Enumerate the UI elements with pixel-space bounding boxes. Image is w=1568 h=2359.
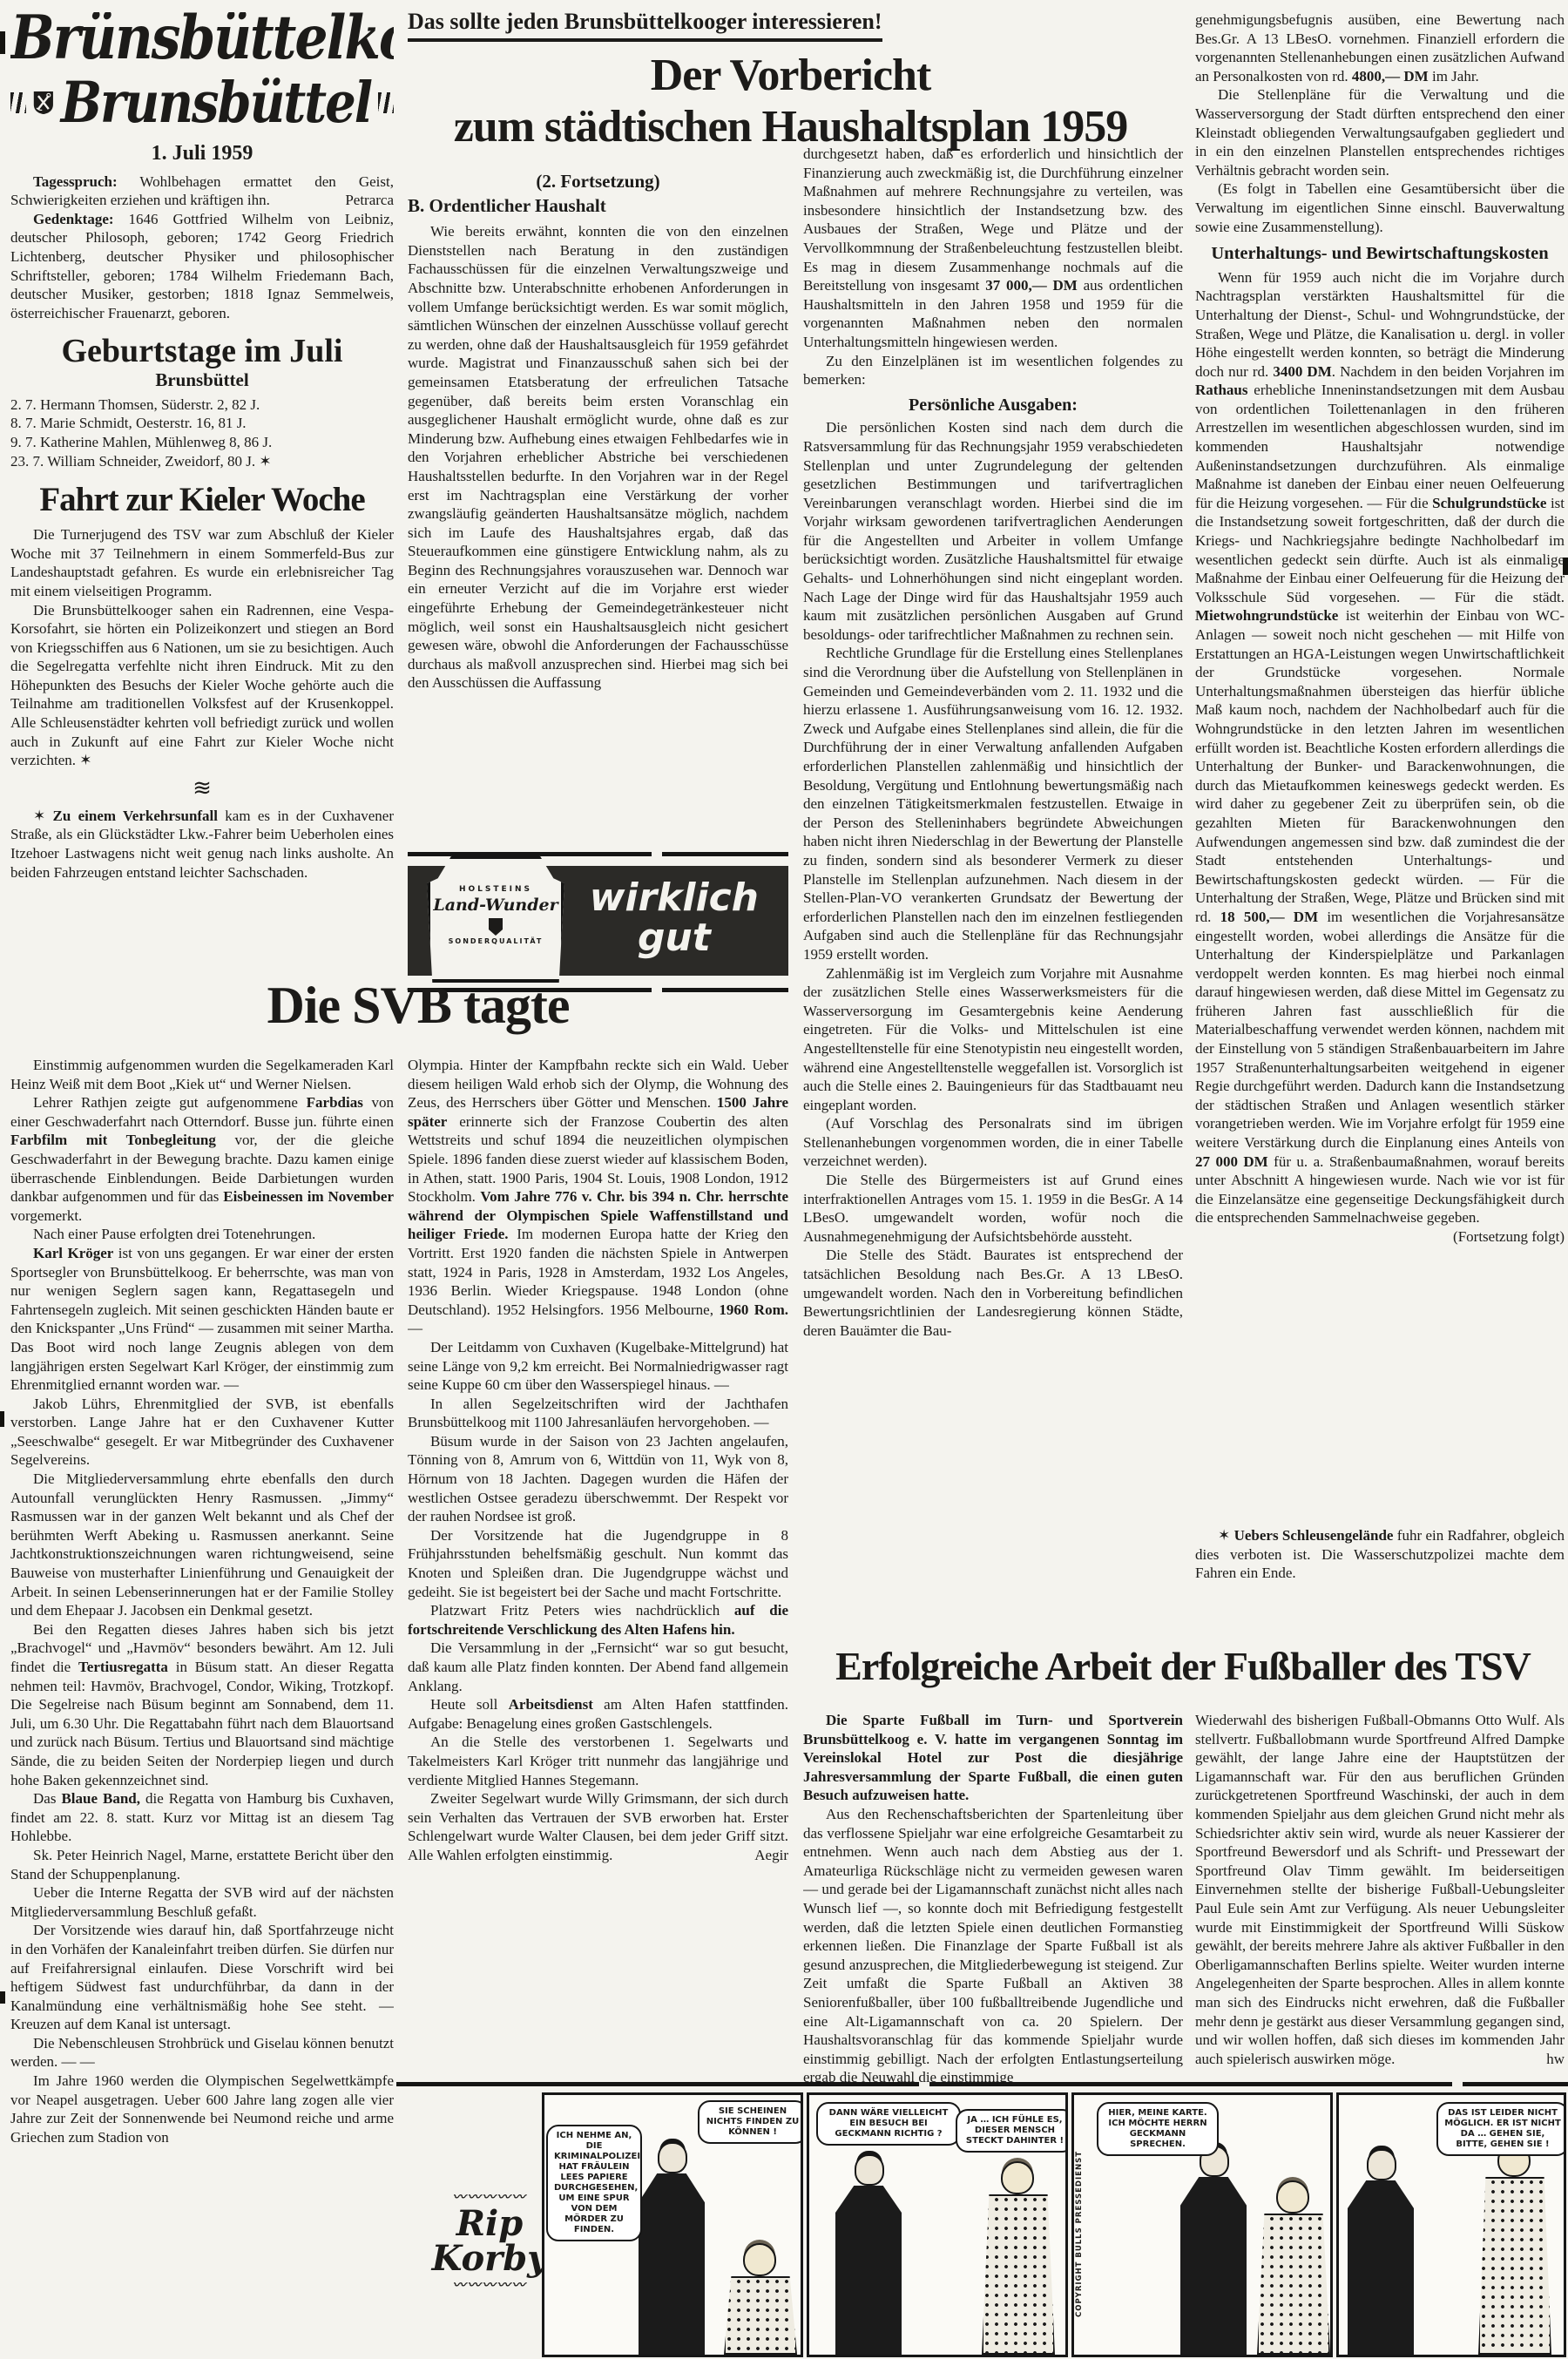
paragraph: Das Blaue Band, die Regatta von Hamburg … — [10, 1789, 394, 1846]
paragraph: Karl Kröger ist von uns gegangen. Er war… — [10, 1244, 394, 1395]
paragraph: Die Stelle des Städt. Baurates ist entsp… — [803, 1246, 1183, 1340]
masthead-title-line1: Brünsbüttelkoog — [10, 12, 394, 69]
paragraph: In allen Segelzeitschriften wird der Jac… — [408, 1395, 788, 1432]
woman-figure-icon — [980, 2161, 1053, 2355]
paragraph: Zahlenmäßig ist im Vergleich zum Vorjahr… — [803, 964, 1183, 1115]
comic-copyright: COPYRIGHT BULLS PRESSEDIENST — [1075, 2151, 1084, 2317]
man-figure-icon — [1177, 2146, 1250, 2355]
paragraph: ✶ Zu einem Verkehrsunfall kam es in der … — [10, 807, 394, 882]
kieler-woche-paragraphs: Die Turnerjugend des TSV war zum Abschlu… — [10, 525, 394, 770]
paragraph: Die Stelle des Bürgermeisters ist auf Gr… — [803, 1171, 1183, 1246]
svb-col2-paragraphs: Olympia. Hinter der Kampfbahn reckte sic… — [408, 1056, 788, 1865]
woman-figure-icon — [1477, 2144, 1550, 2355]
continuation-note: (2. Fortsetzung) — [408, 172, 788, 192]
paragraph: Die Stellenpläne für die Verwaltung und … — [1195, 85, 1565, 179]
column-1-top: Brünsbüttelkoog Brunsbüttel 1. Juli 1959… — [10, 12, 394, 969]
paragraph: Ueber die Interne Regatta der SVB wird a… — [10, 1883, 394, 1921]
svb-headline: Die SVB tagte — [113, 976, 723, 1036]
haushalt-column-3: genehmigungsbefugnis ausüben, eine Bewer… — [1195, 10, 1565, 1517]
paragraph: Heute soll Arbeitsdienst am Alten Hafen … — [408, 1695, 788, 1733]
comic-panel-4: DAS IST LEIDER NICHT MÖGLICH. ER IST NIC… — [1336, 2092, 1566, 2357]
signature: Aegir — [732, 1846, 788, 1865]
crest-icon — [33, 73, 54, 132]
woman-figure-icon — [1255, 2180, 1328, 2355]
woman-figure-icon — [722, 2243, 795, 2355]
paragraph: Büsum wurde in der Saison von 23 Jachten… — [408, 1432, 788, 1526]
paragraph: Tagesspruch: Wohlbehagen ermattet den Ge… — [10, 172, 394, 210]
speech-bubble: DANN WÄRE VIELLEICHT EIN BESUCH BEI GECK… — [816, 2102, 961, 2146]
intro-paragraphs: Tagesspruch: Wohlbehagen ermattet den Ge… — [10, 172, 394, 323]
comic-panel-3: COPYRIGHT BULLS PRESSEDIENST HIER, MEINE… — [1071, 2092, 1333, 2357]
comic-panel-2: DANN WÄRE VIELLEICHT EIN BESUCH BEI GECK… — [807, 2092, 1068, 2357]
scan-speck — [0, 1991, 5, 2004]
paragraph: Aus den Rechenschaftsberichten der Spart… — [803, 1805, 1183, 2087]
ad-slogan-line2: gut — [590, 918, 759, 958]
paragraph: Bei den Regatten dieses Jahres haben sic… — [10, 1620, 394, 1789]
paragraph: Zweiter Segelwart wurde Willy Grimsmann,… — [408, 1789, 788, 1864]
squiggle-divider-icon: ≋ — [10, 775, 394, 801]
haushalt-col4-paragraphs: genehmigungsbefugnis ausüben, eine Bewer… — [1195, 10, 1565, 1247]
haushalt-column-2: durchgesetzt haben, daß es erforderlich … — [803, 145, 1183, 1636]
paragraph: Die Mitgliederversammlung ehrte ebenfall… — [10, 1470, 394, 1620]
haushalt-column-1: (2. Fortsetzung) B. Ordentlicher Haushal… — [408, 172, 788, 848]
paragraph: Die Sparte Fußball im Turn- und Sportver… — [803, 1711, 1183, 1805]
paragraph: ✶ Uebers Schleusengelände fuhr ein Radfa… — [1195, 1526, 1565, 1583]
paragraph: Der Leitdamm von Cuxhaven (Kugelbake-Mit… — [408, 1338, 788, 1395]
kieler-woche-headline: Fahrt zur Kieler Woche — [10, 483, 394, 518]
paragraph: Die Versammlung in der „Fernsicht“ war s… — [408, 1639, 788, 1695]
paragraph: Im Jahre 1960 werden die Olympischen Seg… — [10, 2072, 394, 2146]
speech-bubble: HIER, MEINE KARTE. ICH MÖCHTE HERRN GECK… — [1097, 2102, 1219, 2156]
paragraph: (Auf Vorschlag des Personalrats sind im … — [803, 1114, 1183, 1171]
main-headline: Der Vorbericht zum städtischen Haushalts… — [396, 51, 1185, 153]
flourish-icon — [10, 92, 26, 113]
section-heading: B. Ordentlicher Haushalt — [408, 197, 788, 216]
speech-bubble: ICH NEHME AN, DIE KRIMINALPOLIZEI HAT FR… — [546, 2125, 642, 2241]
paragraph: Persönliche Ausgaben: — [803, 396, 1183, 416]
paragraph: Der Vorsitzende hat die Jugendgruppe in … — [408, 1526, 788, 1601]
paragraph: Platzwart Fritz Peters wies nachdrücklic… — [408, 1601, 788, 1639]
svb-column-1: Einstimmig aufgenommen wurden die Segelk… — [10, 1056, 394, 2356]
ad-product: Land-Wunder — [430, 896, 561, 915]
paragraph: (Fortsetzung folgt) — [1195, 1227, 1565, 1247]
paragraph: Die Nebenschleusen Strohbrück und Gisela… — [10, 2034, 394, 2072]
birthday-line: 9. 7. Katherine Mahlen, Mühlenweg 8, 86 … — [10, 433, 394, 452]
paragraph: Wenn für 1959 auch nicht die im Vorjahre… — [1195, 268, 1565, 1227]
newspaper-page: Brünsbüttelkoog Brunsbüttel 1. Juli 1959… — [0, 0, 1568, 2359]
scan-speck — [0, 31, 5, 54]
paragraph: Unterhaltungs- und Bewirtschaftungskoste… — [1195, 245, 1565, 264]
paragraph: genehmigungsbefugnis ausüben, eine Bewer… — [1195, 10, 1565, 85]
kicker-headline: Das sollte jeden Brunsbüttelkooger inter… — [408, 9, 882, 42]
ad-slogan: wirklich gut — [590, 878, 759, 958]
paragraph: Wie bereits erwähnt, konnten die von den… — [408, 222, 788, 693]
tsv-col1-paragraphs: Die Sparte Fußball im Turn- und Sportver… — [803, 1711, 1183, 2087]
speech-bubble: DAS IST LEIDER NICHT MÖGLICH. ER IST NIC… — [1436, 2102, 1566, 2156]
paragraph: Die persönlichen Kosten sind nach dem du… — [803, 418, 1183, 644]
paragraph: (Es folgt in Tabellen eine Gesamtübersic… — [1195, 179, 1565, 236]
paragraph: Lehrer Rathjen zeigte gut aufgenommene F… — [10, 1093, 394, 1225]
ad-slogan-line1: wirklich — [590, 878, 759, 918]
paragraph: Nach einer Pause erfolgten drei Totenehr… — [10, 1225, 394, 1244]
paragraph: Gedenktage: 1646 Gottfried Wilhelm von L… — [10, 210, 394, 323]
ad-package: HOLSTEINS Land-Wunder SONDERQUALITÄT — [427, 855, 564, 983]
paragraph: Zu den Einzelplänen ist im wesentlichen … — [803, 352, 1183, 389]
masthead-title-line2: Brunsbüttel — [61, 75, 371, 131]
ad-banner: HOLSTEINS Land-Wunder SONDERQUALITÄT wir… — [408, 866, 788, 976]
birthday-line: 23. 7. William Schneider, Zweidorf, 80 J… — [10, 452, 394, 471]
tsv-column-2: Wiederwahl des bisherigen Fußball-Obmann… — [1195, 1711, 1565, 2099]
paragraph: Die Brunsbüttelkooger sahen ein Radrenne… — [10, 601, 394, 770]
paragraph: Die Turnerjugend des TSV war zum Abschlu… — [10, 525, 394, 600]
tsv-column-1: Die Sparte Fußball im Turn- und Sportver… — [803, 1711, 1183, 2099]
main-headline-line1: Der Vorbericht — [396, 51, 1185, 102]
tsv-col2-paragraphs: Wiederwahl des bisherigen Fußball-Obmann… — [1195, 1711, 1565, 2068]
paragraph: Der Vorsitzende wies darauf hin, daß Spo… — [10, 1921, 394, 2034]
birthday-line: 8. 7. Marie Schmidt, Oesterstr. 16, 81 J… — [10, 414, 394, 433]
speech-bubble: JA … ICH FÜHLE ES, DIESER MENSCH STECKT … — [956, 2109, 1068, 2153]
paragraph: Rechtliche Grundlage für die Erstellung … — [803, 644, 1183, 963]
birthdays-heading: Geburtstage im Juli — [10, 335, 394, 369]
haushalt-col3-paragraphs: durchgesetzt haben, daß es erforderlich … — [803, 145, 1183, 1340]
paragraph: An die Stelle des verstorbenen 1. Segelw… — [408, 1733, 788, 1789]
man-figure-icon — [832, 2154, 905, 2355]
paragraph: durchgesetzt haben, daß es erforderlich … — [803, 145, 1183, 352]
ad-brand: HOLSTEINS — [430, 885, 561, 894]
ad-quality: SONDERQUALITÄT — [430, 937, 561, 945]
speech-bubble: SIE SCHEINEN NICHTS FINDEN ZU KÖNNEN ! — [698, 2100, 803, 2144]
svb-col1-paragraphs: Einstimmig aufgenommen wurden die Segelk… — [10, 1056, 394, 2146]
man-figure-icon — [1344, 2149, 1417, 2355]
paragraph: Jakob Lührs, Ehrenmitglied der SVB, ist … — [10, 1395, 394, 1470]
signature: hw — [1546, 2050, 1565, 2069]
paragraph: Wiederwahl des bisherigen Fußball-Obmann… — [1195, 1711, 1565, 2068]
paragraph: Olympia. Hinter der Kampfbahn reckte sic… — [408, 1056, 788, 1338]
birthday-list: 2. 7. Hermann Thomsen, Süderstr. 2, 82 J… — [10, 395, 394, 470]
flourish-icon — [378, 92, 394, 113]
tsv-headline: Erfolgreiche Arbeit der Fußballer des TS… — [800, 1643, 1566, 1689]
radfahrer-paragraph: ✶ Uebers Schleusengelände fuhr ein Radfa… — [1195, 1526, 1565, 1583]
verkehrsunfall-item: ✶ Zu einem Verkehrsunfall kam es in der … — [10, 807, 394, 882]
issue-date: 1. Juli 1959 — [10, 145, 394, 164]
paragraph: Einstimmig aufgenommen wurden die Segelk… — [10, 1056, 394, 1093]
masthead-row: Brunsbüttel — [10, 73, 394, 132]
svb-column-2: Olympia. Hinter der Kampfbahn reckte sic… — [408, 1056, 788, 2091]
comic-panel-1: ICH NEHME AN, DIE KRIMINALPOLIZEI HAT FR… — [542, 2092, 803, 2357]
paragraph: Sk. Peter Heinrich Nagel, Marne, erstatt… — [10, 1846, 394, 1883]
ad-shield-icon — [489, 918, 503, 936]
man-figure-icon — [635, 2142, 708, 2355]
scan-speck — [0, 1411, 4, 1427]
radfahrer-item: ✶ Uebers Schleusengelände fuhr ein Radfa… — [1195, 1526, 1565, 1638]
haushalt-col2-paragraphs: Wie bereits erwähnt, konnten die von den… — [408, 222, 788, 693]
birthdays-subheading: Brunsbüttel — [10, 371, 394, 390]
signature: Petrarca — [322, 191, 394, 210]
comic-rule — [396, 2082, 1568, 2086]
birthday-line: 2. 7. Hermann Thomsen, Süderstr. 2, 82 J… — [10, 395, 394, 415]
